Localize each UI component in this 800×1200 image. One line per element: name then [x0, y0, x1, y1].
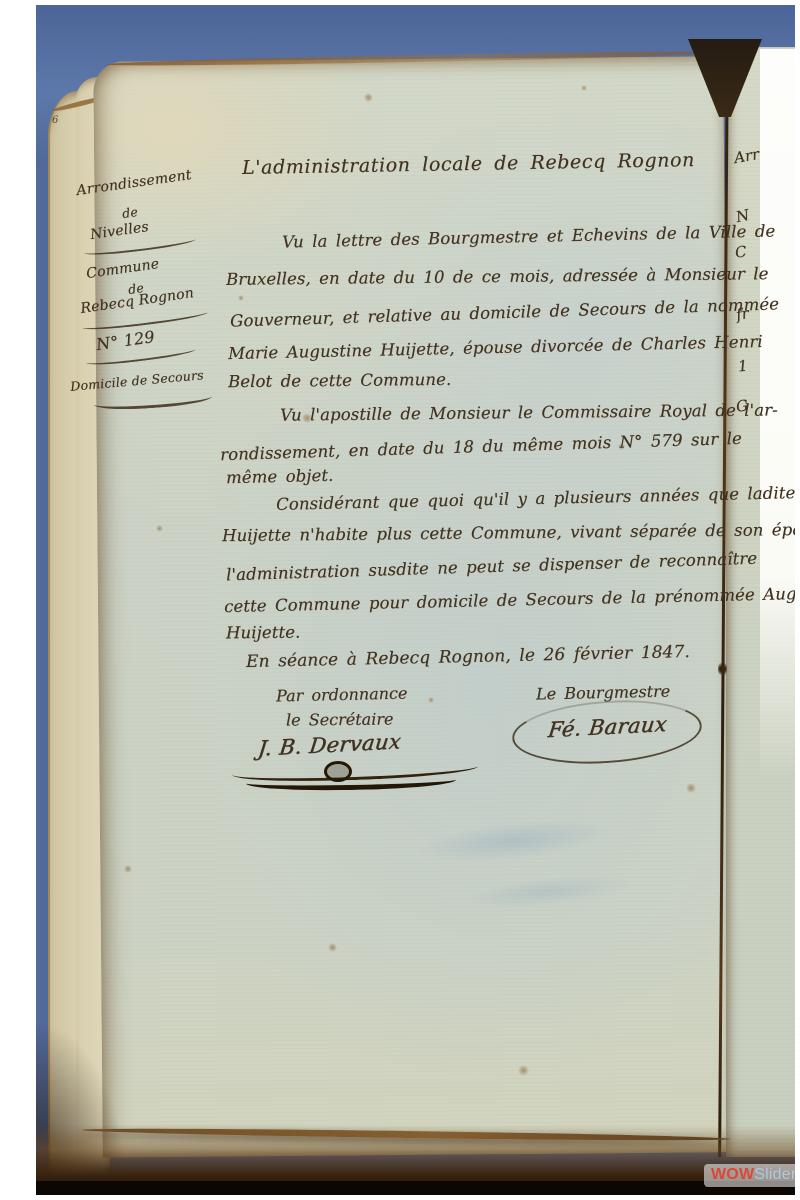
margin-de: de: [121, 204, 139, 221]
wowslider-watermark: WOWSlider: [704, 1164, 795, 1187]
folio-mark: 6: [52, 115, 58, 126]
document-photo: Arr N C fr 1 G 6 Arrondissement de Nivel…: [36, 5, 795, 1195]
foxing-spot: [156, 525, 163, 532]
facing-page-fragment: Arr: [733, 145, 761, 167]
foxing-spot: [124, 865, 132, 873]
secretary-ordonnance-label: Par ordonnance: [276, 684, 408, 706]
paragraph2-line: même objet.: [226, 466, 334, 487]
paragraph1-line: Belot de cette Commune.: [228, 370, 451, 391]
foxing-spot: [238, 295, 244, 301]
paragraph3-line: Huijette.: [226, 623, 301, 643]
watermark-slider-text: Slider: [754, 1166, 795, 1183]
foxing-spot: [518, 1065, 529, 1076]
foxing-spot: [581, 85, 587, 91]
table-shadow-strip: [36, 1181, 795, 1195]
foxing-spot: [428, 697, 434, 703]
secretary-title-label: le Secrétaire: [286, 709, 394, 729]
foxing-spot: [686, 783, 696, 793]
facing-page-fragment: 1: [737, 357, 748, 376]
foxing-spot: [364, 93, 373, 102]
facing-page-fragment: C: [734, 242, 748, 261]
slider-viewport: { "photo_meta": { "watermark": { "brand_…: [0, 0, 800, 1200]
watermark-wow-text: WOW: [711, 1166, 754, 1183]
crease-ink-blot: [718, 661, 727, 677]
signature-paraph-blob: [324, 761, 352, 782]
foxing-spot: [328, 943, 337, 952]
